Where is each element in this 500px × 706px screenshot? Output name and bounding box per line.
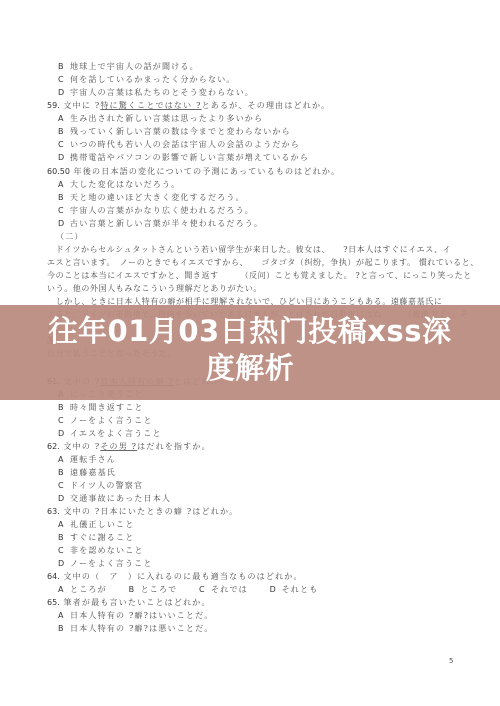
q63-option-a: A礼儀正しいこと <box>58 520 134 530</box>
q65-option-b: B日本人特有の ?癖?は悪いことだ。 <box>58 624 214 634</box>
q63-option-d: Dノーをよく言うこと <box>58 559 153 569</box>
document-page: B地球上で宇宙人の話が聞ける。 C何を話しているかまったく分からない。 D宇宙人… <box>0 0 500 706</box>
passage-line: いう。他の外国人もみなこういう理解だとありがたい。 <box>47 284 262 294</box>
q63-option-b: Bすぐに謝ること <box>58 533 134 543</box>
question-64: 64. 文中の（ ア ）に入れるのに最も適当なものはどれか。 <box>47 572 303 582</box>
title-banner: 往年01月03日热门投稿xss深度解析 <box>0 305 500 400</box>
passage-line: エスと言います。 ノーのときでもイエスですから、 ゴタゴタ（纠纷，争执）が起こり… <box>47 258 479 268</box>
q64-options: Aところが Bところで Cそれでは Dそれとも <box>58 585 336 595</box>
option-d: D宇宙人の言葉は私たちのとそう変わらない。 <box>58 88 254 98</box>
question-60: 60.50 年後の日本語の変化についての予測にあっているものはどれか。 <box>47 167 340 177</box>
question-62: 62. 文中の ?その男 ?はだれを指すか。 <box>47 442 211 452</box>
question-63: 63. 文中の ?日本にいたときの癖 ?はどれか。 <box>47 507 238 517</box>
page-number: 5 <box>449 657 453 665</box>
question-65: 65. 筆者が最も言いたいことはどれか。 <box>47 598 211 608</box>
q63-option-c: C非を認めないこと <box>58 546 144 556</box>
q59-option-d: D携帯電話やパソコンの影響で新しい言葉が増えているから <box>58 153 309 163</box>
passage-line: ドイツからセルシュタットさんという若い留学生が来日した。彼女は、 ?日本人はすぐ… <box>47 245 451 255</box>
q62-option-d: D交通事故にあった日本人 <box>58 494 171 504</box>
passage-line: 今のことは本当にイエスですかと、聞き返す （反问）ことも覚えました。 ?と言って… <box>47 271 472 281</box>
q61-option-c: Cノーをよく言うこと <box>58 416 153 426</box>
q60-option-a: A大した変化はないだろう。 <box>58 180 180 190</box>
option-b: B地球上で宇宙人の話が聞ける。 <box>58 62 199 72</box>
banner-title: 往年01月03日热门投稿xss深度解析 <box>45 313 455 387</box>
q59-option-a: A生み出された新しい言葉は思ったより多いから <box>58 114 263 124</box>
q59-option-b: B残っていく新しい言葉の数は今までと変わらないから <box>58 127 291 137</box>
q62-option-c: Cドイツ人の警察官 <box>58 481 143 491</box>
q65-option-a: A日本人特有の ?癖?はいいことだ。 <box>58 611 214 621</box>
q60-option-b: B天と地の違いほど大きく変化するだろう。 <box>58 193 245 203</box>
banner-title-wrap: 往年01月03日热门投稿xss深度解析 <box>45 313 455 387</box>
q62-option-b: B遠藤嘉基氏 <box>58 468 116 478</box>
q61-option-b: B時々聞き返すこと <box>58 403 144 413</box>
q59-option-c: Cいつの時代も若い人の会話は宇宙人の会話のようだから <box>58 140 300 150</box>
section-label: （二） <box>56 232 84 242</box>
q61-option-d: Dイエスをよく言うこと <box>58 429 162 439</box>
option-c: C何を話しているかまったく分からない。 <box>58 75 236 85</box>
q60-option-d: D古い言葉と新しい言葉が半々使われるだろう。 <box>58 219 263 229</box>
q62-option-a: A運転手さん <box>58 455 116 465</box>
q60-option-c: C宇宙人の言葉がかなり広く使われるだろう。 <box>58 206 254 216</box>
question-59: 59. 文中に ?特に驚くことではない ?とあるが、その理由はどれか。 <box>47 101 330 111</box>
